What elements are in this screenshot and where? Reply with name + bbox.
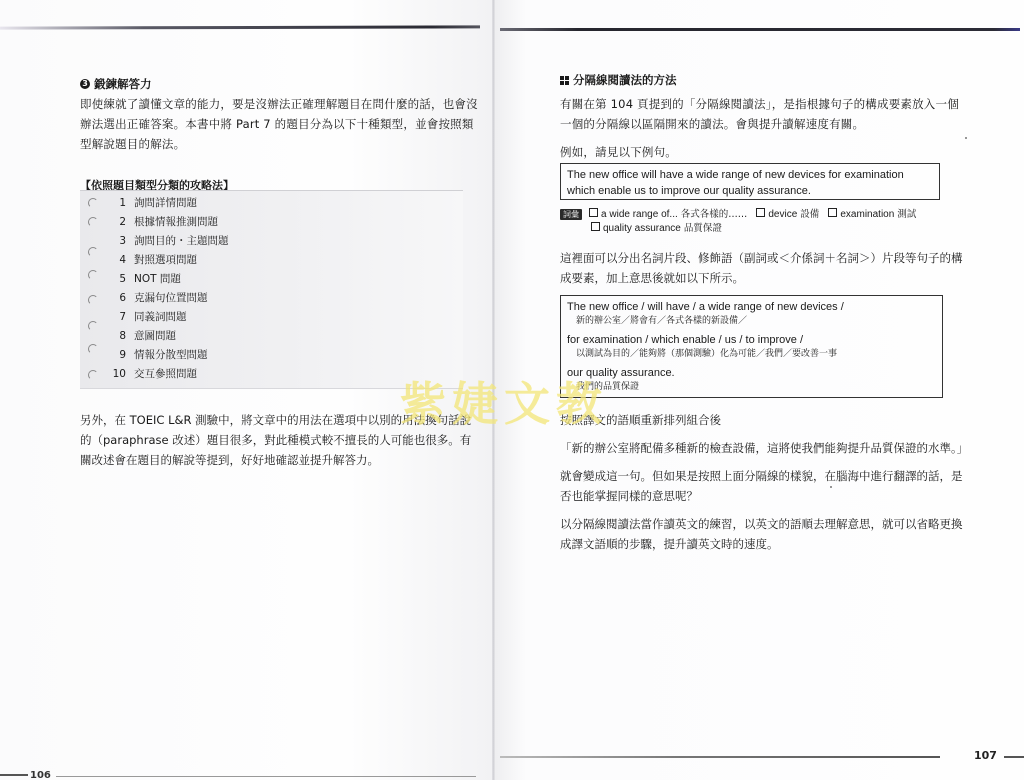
ring-icon [88, 344, 98, 354]
list-item: 7同義詞問題 [80, 308, 460, 327]
bottom-rule-left-line [56, 776, 476, 777]
example-prompt: 例如，請見以下例句。 [560, 142, 970, 162]
checkbox-icon [591, 222, 600, 231]
list-item: 6克漏句位置問題 [80, 289, 460, 308]
vocab-list: 詞彙 a wide range of... 各式各樣的…… device 設備 … [560, 208, 960, 236]
explain-paragraph: 這裡面可以分出名詞片段、修飾語（副詞或＜介係詞＋名詞＞）片段等句子的構成要素，加… [560, 248, 970, 288]
ring-icon [88, 217, 98, 227]
list-item: 2根據情報推測問題 [80, 213, 460, 232]
split-line-en: for examination / which enable / us / to… [567, 333, 936, 348]
page-number-right: 107 [974, 749, 997, 762]
checkbox-icon [828, 208, 837, 217]
list-item: 10交互參照問題 [80, 365, 460, 384]
intro-paragraph: 有關在第 104 頁提到的「分隔線閱讀法」，是指根據句子的構成要素放入一個一個的… [560, 94, 970, 134]
right-section-heading: 分隔線閱讀法的方法 [560, 70, 970, 90]
right-section: 分隔線閱讀法的方法 有關在第 104 頁提到的「分隔線閱讀法」，是指根據句子的構… [560, 70, 970, 162]
number-circle-icon: 3 [80, 79, 90, 89]
speck [965, 137, 967, 139]
split-reading-box: The new office / will have / a wide rang… [560, 295, 943, 398]
checkbox-icon [589, 208, 598, 217]
speck [830, 486, 832, 488]
checkbox-icon [756, 208, 765, 217]
example-sentence-box: The new office will have a wide range of… [560, 163, 940, 200]
section-heading: 3 鍛鍊解答力 [80, 74, 480, 94]
bottom-rule-right [500, 756, 940, 758]
section-title: 鍛鍊解答力 [94, 74, 152, 94]
ring-icon [88, 370, 98, 380]
ring-icon [88, 247, 98, 257]
ring-icon [88, 321, 98, 331]
question-paragraph: 就會變成這一句。但如果是按照上面分隔線的樣貌，在腦海中進行翻譯的話，是否也能掌握… [560, 466, 970, 506]
page-number-left: 106 [30, 770, 51, 780]
split-line-en: The new office / will have / a wide rang… [567, 300, 936, 315]
list-item: 9情報分散型問題 [80, 346, 460, 365]
top-rule-right [500, 28, 1020, 31]
ring-icon [88, 270, 98, 280]
vocab-badge: 詞彙 [560, 209, 582, 220]
bottom-rule-right-tail [1004, 756, 1024, 758]
list-item: 3詢問目的・主題問題 [80, 232, 460, 251]
reorder-label: 按照譯文的語順重新排列組合後 [560, 410, 970, 430]
translation: 「新的辦公室將配備多種新的檢查設備，這將使我們能夠提升品質保證的水準。」 [560, 438, 970, 458]
list-item: 8意圖問題 [80, 327, 460, 346]
question-type-list: 1詢問詳情問題 2根據情報推測問題 3詢問目的・主題問題 4對照選項問題 5NO… [80, 190, 463, 389]
left-section: 3 鍛鍊解答力 即使練就了讀懂文章的能力，要是沒辦法正確理解題目在問什麼的話，也… [80, 74, 480, 196]
right-bottom-section: 按照譯文的語順重新排列組合後 「新的辦公室將配備多種新的檢查設備，這將使我們能夠… [560, 410, 970, 562]
list-item: 1詢問詳情問題 [80, 194, 460, 213]
ring-icon [88, 295, 98, 305]
four-squares-icon [560, 76, 569, 85]
bottom-rule-left [0, 774, 28, 776]
split-line-zh: 新的辦公室／將會有／各式各樣的新設備／ [567, 315, 936, 328]
list-item: 4對照選項問題 [80, 251, 460, 270]
book-spine [492, 0, 495, 780]
conclusion-paragraph: 以分隔線閱讀法當作讀英文的練習，以英文的語順去理解意思，就可以省略更換成譯文語順… [560, 514, 970, 554]
list-item: 5NOT 問題 [80, 270, 460, 289]
split-line-en: our quality assurance. [567, 366, 936, 381]
closing-paragraph: 另外，在 TOEIC L&R 測驗中，將文章中的用法在選項中以別的用法換句話說的… [80, 410, 480, 470]
split-line-zh: 我們的品質保證 [567, 381, 936, 394]
ring-icon [88, 198, 98, 208]
section-paragraph: 即使練就了讀懂文章的能力，要是沒辦法正確理解題目在問什麼的話，也會沒辦法選出正確… [80, 94, 480, 154]
split-line-zh: 以測試為目的／能夠將（那個測驗）化為可能／我們／要改善一事 [567, 348, 936, 361]
